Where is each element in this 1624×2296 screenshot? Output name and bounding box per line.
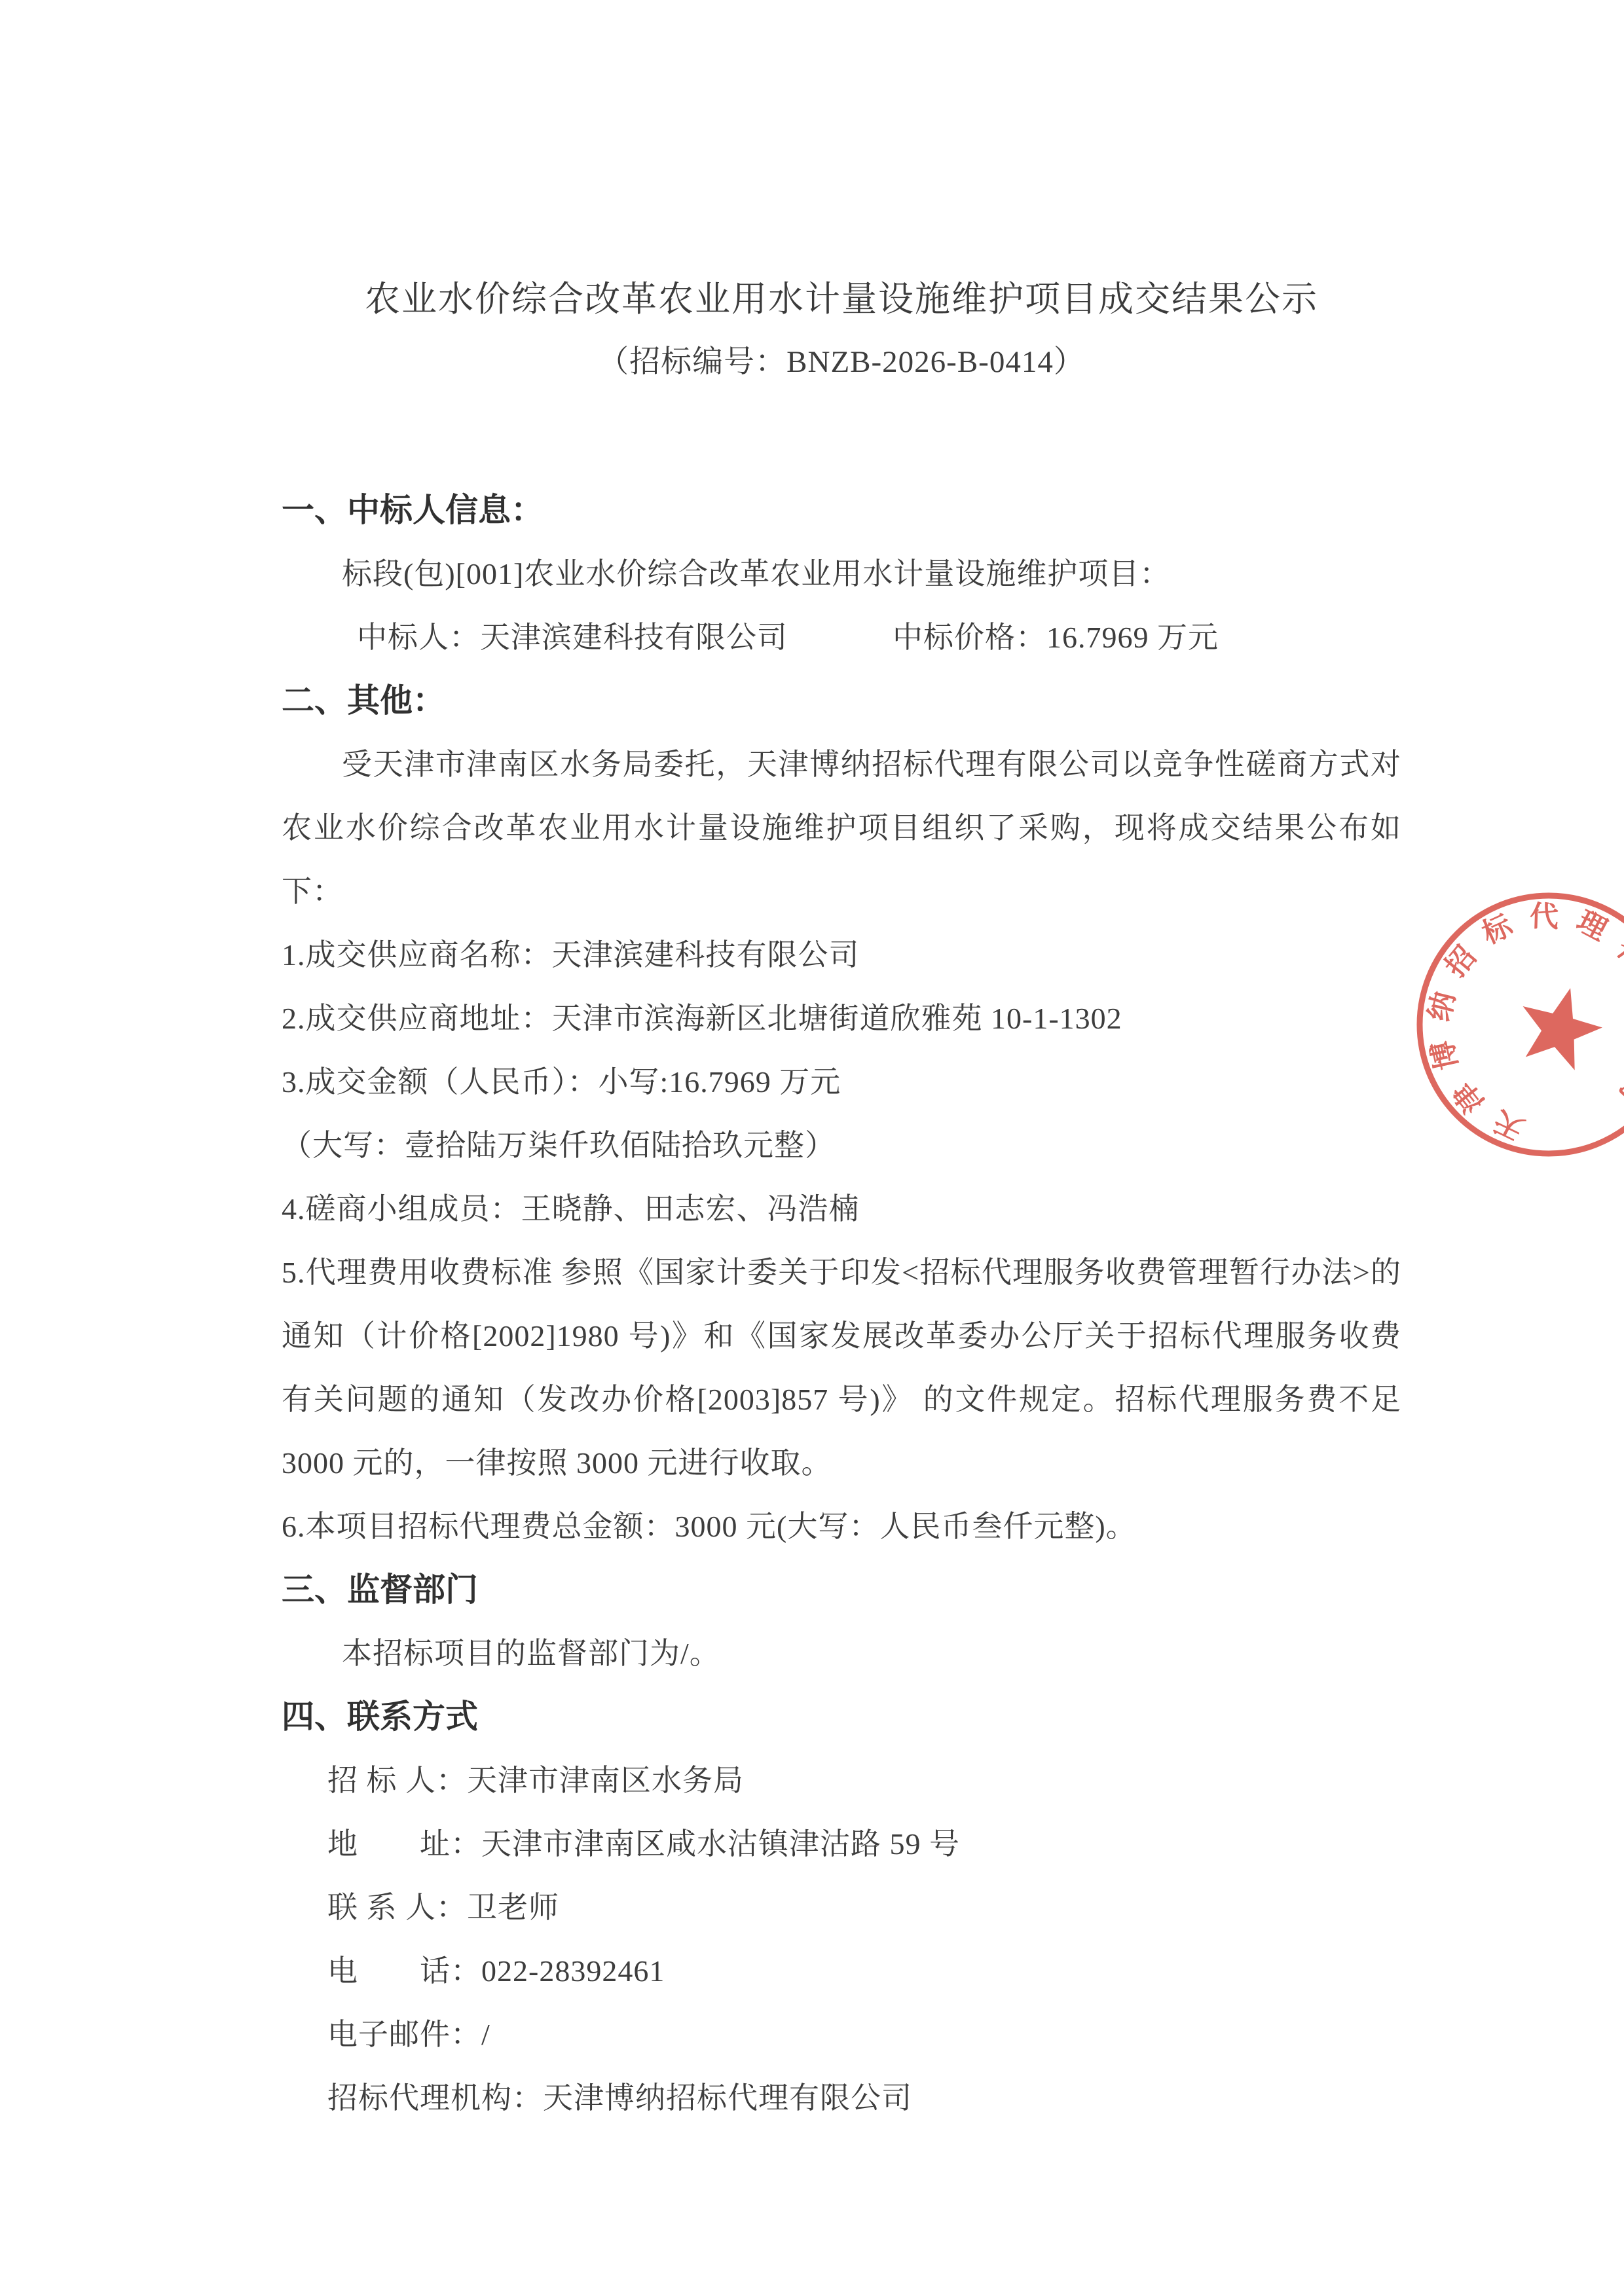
contact-row-tenderer: 招 标 人：天津市津南区水务局 [282,1749,1401,1812]
section-heading-contact: 四、联系方式 [282,1685,1401,1749]
supervision-body: 本招标项目的监督部门为/。 [282,1622,1401,1685]
email-label: 电子邮件： [327,2018,481,2051]
section-heading-winner-info: 一、中标人信息： [282,479,1401,542]
tenderer-label: 招 标 人： [327,1764,467,1797]
contact-row-email: 电子邮件：/ [282,2003,1401,2066]
document-page: 农业水价综合改革农业用水计量设施维护项目成交结果公示 （招标编号：BNZB-20… [0,0,1624,2296]
seal-star-icon [1511,977,1610,1074]
contact-row-address: 地 址：天津市津南区咸水沽镇津沽路 59 号 [282,1812,1401,1876]
address-label: 地 址： [327,1827,481,1861]
section-heading-other: 二、其他： [282,669,1401,733]
item-amount: 3.成交金额（人民币）：小写:16.7969 万元 [282,1050,1401,1114]
agency-value: 天津博纳招标代理有限公司 [543,2081,912,2115]
other-intro: 受天津市津南区水务局委托，天津博纳招标代理有限公司以竞争性磋商方式对农业水价综合… [282,733,1401,923]
phone-label: 电 话： [327,1954,481,1988]
document-title: 农业水价综合改革农业用水计量设施维护项目成交结果公示 [282,278,1401,320]
item-supplier-name: 1.成交供应商名称：天津滨建科技有限公司 [282,923,1401,987]
person-label: 联 系 人： [327,1891,467,1924]
item-supplier-address: 2.成交供应商地址：天津市滨海新区北塘街道欣雅苑 10-1-1302 [282,987,1401,1050]
price-value: 16.7969 万元 [1046,621,1219,654]
winner-label: 中标人： [357,621,480,654]
item-panel-members: 4.磋商小组成员：王晓静、田志宏、冯浩楠 [282,1177,1401,1241]
tenderer-value: 天津市津南区水务局 [467,1764,744,1797]
official-seal: 天津博纳招标代理有限公司 [1378,854,1624,1195]
item-amount-capitals: （大写：壹拾陆万柒仟玖佰陆拾玖元整） [282,1114,1401,1177]
lot-line: 标段(包)[001]农业水价综合改革农业用水计量设施维护项目： [282,542,1401,606]
contact-row-phone: 电 话：022-28392461 [282,1939,1401,2003]
price-label: 中标价格： [893,621,1046,654]
email-value: / [481,2018,490,2051]
winner-value: 天津滨建科技有限公司 [480,621,788,654]
item-agency-fee-total: 6.本项目招标代理费总金额：3000 元(大写：人民币叁仟元整)。 [282,1495,1401,1558]
contact-row-person: 联 系 人：卫老师 [282,1876,1401,1939]
person-value: 卫老师 [467,1891,559,1924]
winner-line: 中标人：天津滨建科技有限公司中标价格：16.7969 万元 [282,606,1401,669]
tender-number: （招标编号：BNZB-2026-B-0414） [282,342,1401,382]
item-agency-fee-standard: 5.代理费用收费标准 参照《国家计委关于印发<招标代理服务收费管理暂行办法>的通… [282,1241,1401,1495]
phone-value: 022-28392461 [481,1954,665,1988]
agency-row: 招标代理机构：天津博纳招标代理有限公司 [282,2066,1401,2130]
address-value: 天津市津南区咸水沽镇津沽路 59 号 [481,1827,960,1861]
section-heading-supervision: 三、监督部门 [282,1558,1401,1622]
agency-label: 招标代理机构： [327,2081,543,2115]
